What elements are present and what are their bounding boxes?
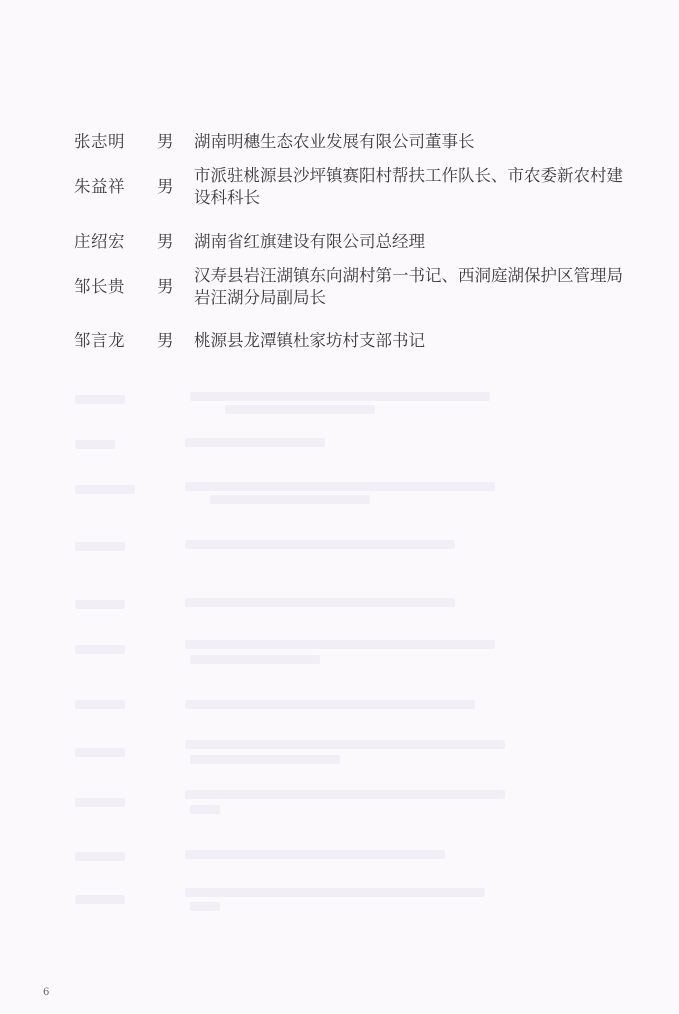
person-title: 汉寿县岩汪湖镇东向湖村第一书记、西洞庭湖保护区管理局岩汪湖分局副局长	[194, 265, 634, 309]
person-name: 邹长贵	[74, 276, 144, 298]
person-gender: 男	[157, 276, 177, 298]
person-name: 邹言龙	[74, 330, 144, 352]
person-gender: 男	[157, 330, 177, 352]
person-title: 湖南明穗生态农业发展有限公司董事长	[194, 131, 634, 153]
person-gender: 男	[157, 131, 177, 153]
document-page: 张志明 男 湖南明穗生态农业发展有限公司董事长 朱益祥 男 市派驻桃源县沙坪镇赛…	[0, 0, 679, 1014]
page-number: 6	[43, 987, 49, 998]
person-name: 庄绍宏	[74, 231, 144, 253]
person-title: 湖南省红旗建设有限公司总经理	[194, 231, 634, 253]
person-name: 朱益祥	[74, 176, 144, 198]
person-name: 张志明	[74, 131, 144, 153]
person-gender: 男	[157, 231, 177, 253]
person-gender: 男	[157, 176, 177, 198]
person-title: 桃源县龙潭镇杜家坊村支部书记	[194, 330, 634, 352]
person-title: 市派驻桃源县沙坪镇赛阳村帮扶工作队长、市农委新农村建设科科长	[194, 165, 634, 209]
